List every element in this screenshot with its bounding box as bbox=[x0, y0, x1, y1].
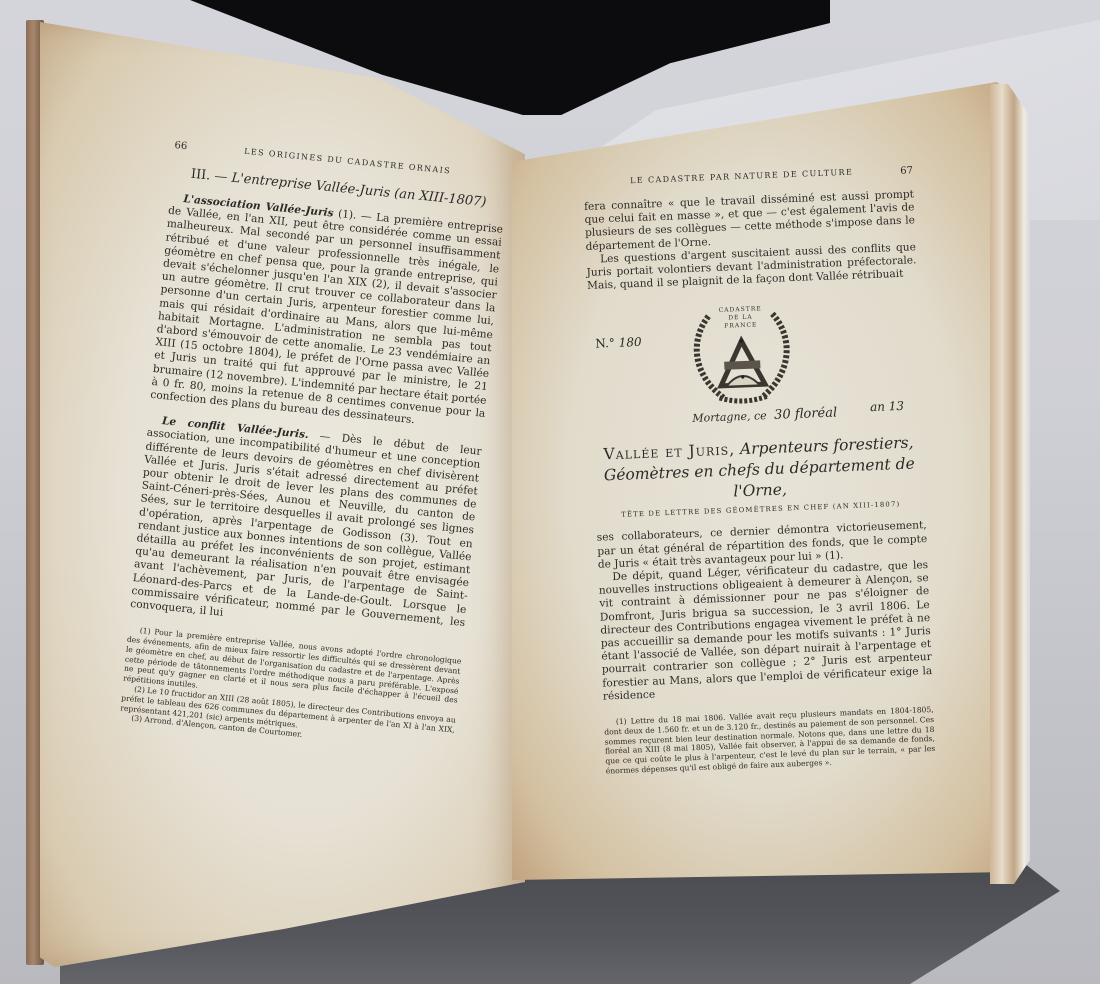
letter-number: N.° 180 bbox=[595, 335, 642, 351]
letterhead-names: Vallée et Juris, bbox=[603, 441, 735, 464]
right-page-text: Le cadastre par nature de culture 67 fer… bbox=[583, 165, 936, 776]
cadastre-emblem-icon: CADASTRE DE LA FRANCE bbox=[680, 299, 804, 412]
handwritten-number: 180 bbox=[618, 335, 641, 350]
letterhead-illustration: N.° 180 CADASTRE DE LA FRANCE Mortagne, … bbox=[588, 295, 923, 440]
left-page-text: 66 Les origines du cadastre ornais III. … bbox=[119, 140, 509, 755]
section-number: III. — bbox=[190, 167, 228, 185]
paragraph: Le conflit Vallée-Juris. — Dès le début … bbox=[130, 414, 482, 643]
page-stack-edge bbox=[990, 84, 1030, 884]
paragraph-text: (1). — La première entreprise de Vallée,… bbox=[150, 205, 504, 426]
emblem-text-2: DE LA bbox=[728, 314, 753, 322]
paragraph-text: — Dès le début de leur association, une … bbox=[130, 427, 482, 629]
handwritten-date: 30 floréal bbox=[774, 406, 838, 423]
page-number: 67 bbox=[900, 165, 913, 176]
number-prefix: N.° bbox=[595, 336, 615, 351]
handwritten-year: an 13 bbox=[870, 399, 904, 414]
emblem-text-3: FRANCE bbox=[724, 322, 757, 330]
emblem-text-1: CADASTRE bbox=[719, 306, 762, 315]
page-number: 66 bbox=[174, 140, 188, 152]
place-text: Mortagne, ce bbox=[692, 410, 767, 426]
paragraph: De dépit, quand Léger, vérificateur du c… bbox=[598, 559, 933, 704]
letterhead-heading: Vallée et Juris, Arpenteurs forestiers, … bbox=[593, 433, 925, 509]
paragraph: L'association Vallée-Juris (1). — La pre… bbox=[150, 192, 504, 434]
